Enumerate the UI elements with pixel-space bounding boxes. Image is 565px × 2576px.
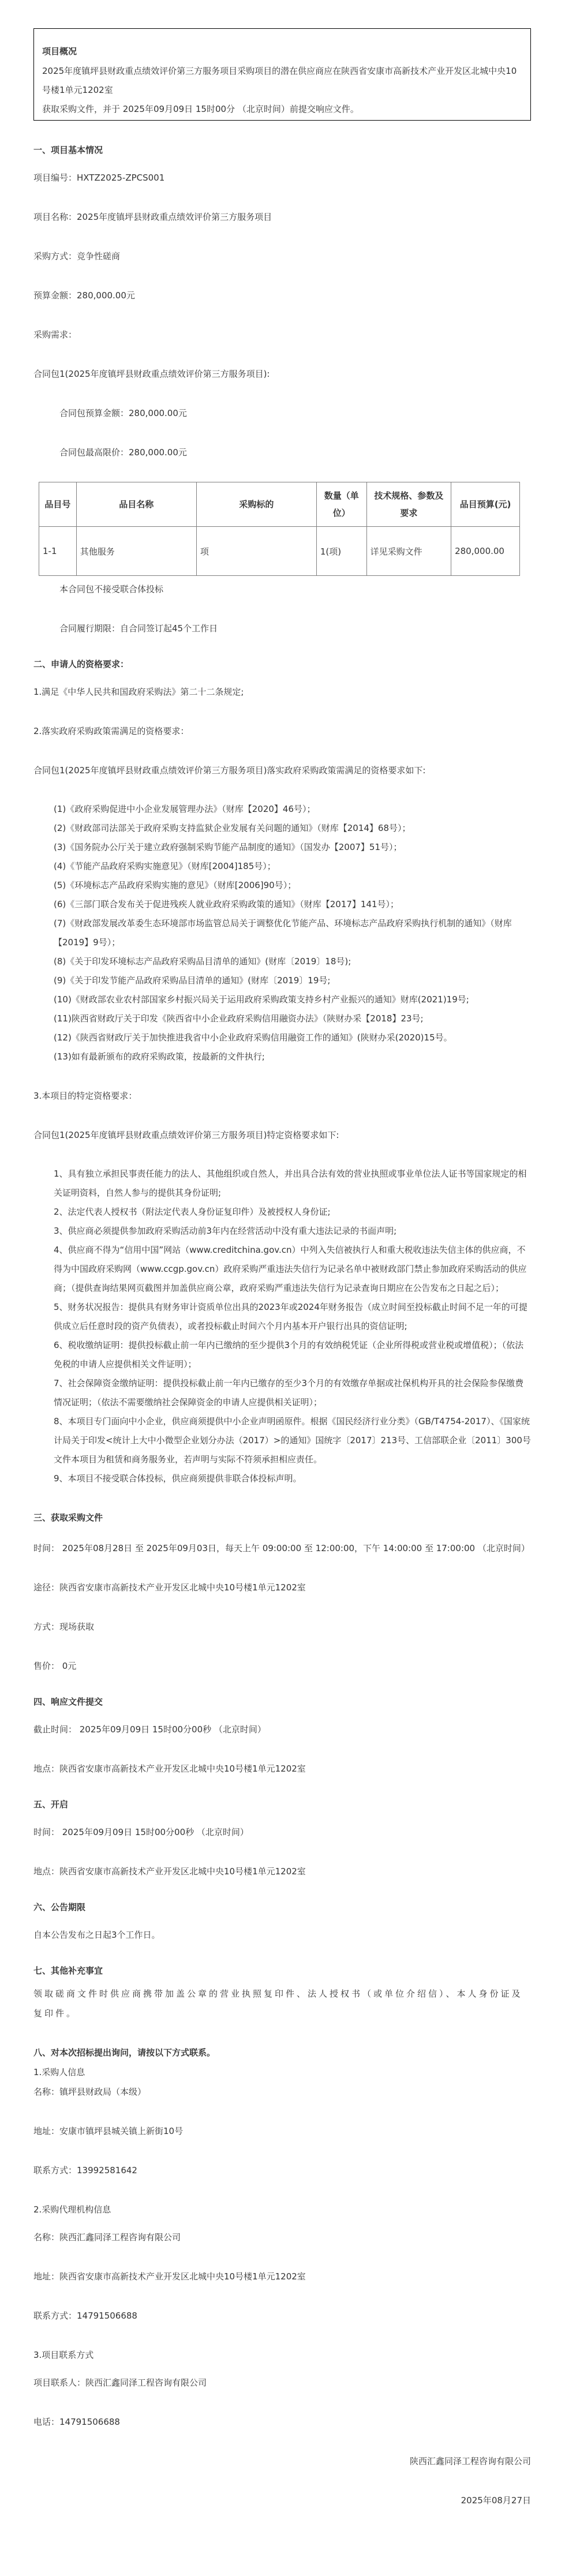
col-item-no: 品目号	[39, 482, 77, 527]
submission-location: 地点：陕西省安康市高新技术产业开发区北城中央10号楼1单元1202室	[33, 1762, 531, 1775]
signature-company: 陕西汇鑫同泽工程咨询有限公司	[33, 2455, 531, 2468]
section-contacts: 八、对本次招标提出询问，请按以下方式联系。 1.采购人信息 名称：镇坪县财政局（…	[33, 2046, 531, 2428]
section-title: 七、其他补充事宜	[33, 1964, 531, 1977]
obtain-method: 方式：现场获取	[33, 1620, 531, 1633]
specific-item: 4、供应商不得为“信用中国”网站（www.creditchina.gov.cn）…	[54, 1241, 531, 1298]
announcement-page: 项目概况 2025年度镇坪县财政重点绩效评价第三方服务项目采购项目的潜在供应商应…	[0, 0, 565, 2576]
requirement-2: 2.落实政府采购政策需满足的资格要求：	[33, 725, 531, 737]
requirement-3: 3.本项目的特定资格要求：	[33, 1089, 531, 1102]
cell-quantity: 1(项)	[316, 527, 366, 576]
purchaser-phone: 联系方式：13992581642	[33, 2164, 531, 2177]
section-title: 五、开启	[33, 1798, 531, 1811]
policy-item: (4)《节能产品政府采购实施意见》（财库[2004]185号）；	[54, 857, 531, 876]
policy-item: (1)《政府采购促进中小企业发展管理办法》（财库【2020】46号）；	[54, 800, 531, 819]
section-title: 六、公告期限	[33, 1901, 531, 1914]
purchaser-name: 名称：镇坪县财政局（本级）	[33, 2085, 531, 2098]
budget-amount: 预算金额：280,000.00元	[33, 289, 531, 302]
supplementary-text: 领取磋商文件时供应商携带加盖公章的营业执照复印件、法人授权书（或单位介绍信）、本…	[33, 1984, 531, 2023]
procurement-method: 采购方式：竞争性磋商	[33, 250, 531, 263]
section-qualifications: 二、申请人的资格要求： 1.满足《中华人民共和国政府采购法》第二十二条规定; 2…	[33, 658, 531, 1488]
policy-item: (10)《财政部农业农村部国家乡村振兴局关于运用政府采购政策支持乡村产业振兴的通…	[54, 990, 531, 1009]
section-title: 八、对本次招标提出询问，请按以下方式联系。	[33, 2046, 531, 2059]
policy-item: (6)《三部门联合发布关于促进残疾人就业政府采购政策的通知》（财库【2017】1…	[54, 895, 531, 914]
section-title: 四、响应文件提交	[33, 1695, 531, 1708]
cell-budget: 280,000.00	[451, 527, 520, 576]
col-item-name: 品目名称	[76, 482, 196, 527]
agency-name: 名称：陕西汇鑫同泽工程咨询有限公司	[33, 2231, 531, 2244]
policy-item: (9)《关于印发节能产品政府采购品目清单的通知》(财库〔2019〕19号;	[54, 971, 531, 990]
package-title: 合同包1(2025年度镇坪县财政重点绩效评价第三方服务项目):	[33, 368, 531, 380]
submission-deadline: 截止时间： 2025年09月09日 15时00分00秒 （北京时间）	[33, 1723, 531, 1736]
overview-text: 2025年度镇坪县财政重点绩效评价第三方服务项目采购项目的潜在供应商应在陕西省安…	[42, 62, 522, 100]
signature-date: 2025年08月27日	[33, 2494, 531, 2507]
section-supplementary: 七、其他补充事宜 领取磋商文件时供应商携带加盖公章的营业执照复印件、法人授权书（…	[33, 1964, 531, 2023]
policy-list: (1)《政府采购促进中小企业发展管理办法》（财库【2020】46号）； (2)《…	[33, 800, 531, 1066]
package-max-price: 合同包最高限价：280,000.00元	[33, 446, 531, 459]
requirement-1: 1.满足《中华人民共和国政府采购法》第二十二条规定;	[33, 686, 531, 698]
contract-term: 合同履行期限：自合同签订起45个工作日	[33, 622, 531, 635]
section-submission: 四、响应文件提交 截止时间： 2025年09月09日 15时00分00秒 （北京…	[33, 1695, 531, 1775]
table-header-row: 品目号 品目名称 采购标的 数量（单位） 技术规格、参数及要求 品目预算(元)	[39, 482, 520, 527]
col-spec: 技术规格、参数及要求	[366, 482, 451, 527]
specific-item: 8、本项目专门面向中小企业，供应商须提供中小企业声明函原件。根据《国民经济行业分…	[54, 1412, 531, 1469]
policy-item: (8)《关于印发环境标志产品政府采购品目清单的通知》(财库〔2019〕18号);	[54, 952, 531, 971]
signature-block: 陕西汇鑫同泽工程咨询有限公司 2025年08月27日	[33, 2455, 531, 2507]
specific-item: 7、社会保障资金缴纳证明：提供投标截止前一年内已缴存的至少3个月的有效缴存单据或…	[54, 1374, 531, 1412]
cell-spec: 详见采购文件	[366, 527, 451, 576]
specific-item: 9、本项目不接受联合体投标，供应商须提供非联合体投标声明。	[54, 1469, 531, 1488]
items-table: 品目号 品目名称 采购标的 数量（单位） 技术规格、参数及要求 品目预算(元) …	[39, 482, 520, 576]
specific-item: 3、供应商必须提供参加政府采购活动前3年内在经营活动中没有重大违法记录的书面声明…	[54, 1222, 531, 1241]
cell-item-name: 其他服务	[76, 527, 196, 576]
policy-item: (7)《财政部发展改革委生态环境部市场监管总局关于调整优化节能产品、环境标志产品…	[54, 914, 531, 952]
specific-item: 2、法定代表人授权书（附法定代表人身份证复印件）及被授权人身份证;	[54, 1203, 531, 1222]
opening-time: 时间： 2025年09月09日 15时00分00秒 （北京时间）	[33, 1826, 531, 1839]
policy-item: (3)《国务院办公厅关于建立政府强制采购节能产品制度的通知》（国发办【2007】…	[54, 838, 531, 857]
requirements-label: 采购需求：	[33, 328, 531, 341]
project-contact-person: 项目联系人：陕西汇鑫同泽工程咨询有限公司	[33, 2376, 531, 2389]
section-opening: 五、开启 时间： 2025年09月09日 15时00分00秒 （北京时间） 地点…	[33, 1798, 531, 1878]
project-number: 项目编号：HXTZ2025-ZPCS001	[33, 171, 531, 184]
col-budget: 品目预算(元)	[451, 482, 520, 527]
opening-location: 地点：陕西省安康市高新技术产业开发区北城中央10号楼1单元1202室	[33, 1865, 531, 1878]
policy-item: (11)陕西省财政厅关于印发《陕西省中小企业政府采购信用融资办法》（陕财办采【2…	[54, 1009, 531, 1028]
col-target: 采购标的	[196, 482, 316, 527]
purchaser-heading: 1.采购人信息	[33, 2066, 531, 2079]
policy-item: (5)《环境标志产品政府采购实施的意见》（财库[2006]90号）；	[54, 876, 531, 895]
document-price: 售价： 0元	[33, 1660, 531, 1672]
no-consortium-note: 本合同包不接受联合体投标	[33, 583, 531, 596]
agency-phone: 联系方式：14791506688	[33, 2309, 531, 2322]
overview-deadline: 获取采购文件，并于 2025年09月09日 15时00分 （北京时间）前提交响应…	[42, 100, 522, 119]
specific-intro: 合同包1(2025年度镇坪县财政重点绩效评价第三方服务项目)特定资格要求如下:	[33, 1129, 531, 1141]
specific-requirements-list: 1、具有独立承担民事责任能力的法人、其他组织或自然人，并出具合法有效的营业执照或…	[33, 1165, 531, 1488]
specific-item: 6、税收缴纳证明：提供投标截止前一年内已缴纳的至少提供3个月的有效纳税凭证（企业…	[54, 1336, 531, 1374]
section-obtain-documents: 三、获取采购文件 时间： 2025年08月28日 至 2025年09月03日，每…	[33, 1511, 531, 1672]
overview-title: 项目概况	[42, 44, 522, 58]
table-row: 1-1 其他服务 项 1(项) 详见采购文件 280,000.00	[39, 527, 520, 576]
policy-item: (13)如有最新颁布的政府采购政策，按最新的文件执行;	[54, 1047, 531, 1066]
specific-item: 1、具有独立承担民事责任能力的法人、其他组织或自然人，并出具合法有效的营业执照或…	[54, 1165, 531, 1203]
section-title: 二、申请人的资格要求：	[33, 658, 531, 671]
section-notice-period: 六、公告期限 自本公告发布之日起3个工作日。	[33, 1901, 531, 1941]
obtain-route: 途径：陕西省安康市高新技术产业开发区北城中央10号楼1单元1202室	[33, 1581, 531, 1594]
col-quantity: 数量（单位）	[316, 482, 366, 527]
section-title: 三、获取采购文件	[33, 1511, 531, 1524]
agency-heading: 2.采购代理机构信息	[33, 2203, 531, 2216]
section-title: 一、项目基本情况	[33, 144, 531, 156]
section-basic-info: 一、项目基本情况 项目编号：HXTZ2025-ZPCS001 项目名称：2025…	[33, 144, 531, 635]
package-budget: 合同包预算金额：280,000.00元	[33, 407, 531, 420]
policy-item: (2)《财政部司法部关于政府采购支持监狱企业发展有关问题的通知》（财库【2014…	[54, 819, 531, 838]
policy-item: (12)《陕西省财政厅关于加快推进我省中小企业政府采购信用融资工作的通知》(陕财…	[54, 1028, 531, 1047]
cell-item-no: 1-1	[39, 527, 77, 576]
purchaser-address: 地址：安康市镇坪县城关镇上新街10号	[33, 2125, 531, 2137]
obtain-time: 时间： 2025年08月28日 至 2025年09月03日，每天上午 09:00…	[33, 1539, 531, 1558]
cell-target: 项	[196, 527, 316, 576]
agency-address: 地址：陕西省安康市高新技术产业开发区北城中央10号楼1单元1202室	[33, 2270, 531, 2283]
project-contact-heading: 3.项目联系方式	[33, 2349, 531, 2361]
overview-box: 项目概况 2025年度镇坪县财政重点绩效评价第三方服务项目采购项目的潜在供应商应…	[33, 28, 531, 121]
project-contact-phone: 电话：14791506688	[33, 2416, 531, 2428]
notice-period-text: 自本公告发布之日起3个工作日。	[33, 1929, 531, 1941]
specific-item: 5、财务状况报告：提供具有财务审计资质单位出具的2023年或2024年财务报告（…	[54, 1298, 531, 1336]
project-name: 项目名称：2025年度镇坪县财政重点绩效评价第三方服务项目	[33, 211, 531, 223]
policy-intro: 合同包1(2025年度镇坪县财政重点绩效评价第三方服务项目)落实政府采购政策需满…	[33, 764, 531, 777]
